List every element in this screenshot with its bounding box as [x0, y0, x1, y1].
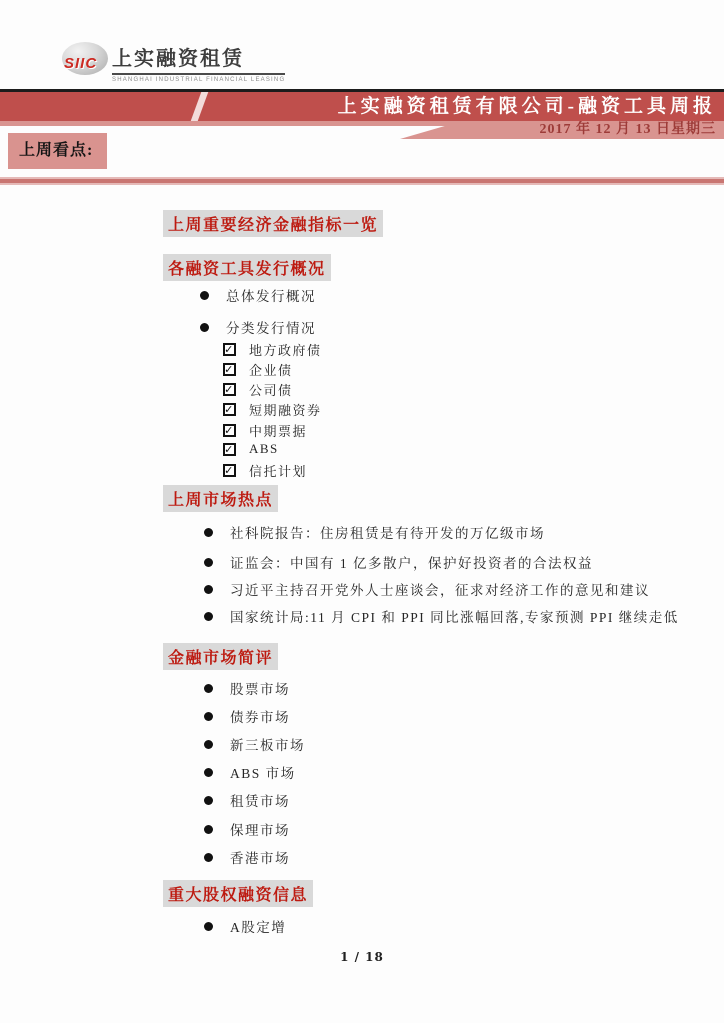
list-item: A股定增 [204, 916, 286, 936]
section-title-issuance: 各融资工具发行概况 [163, 254, 331, 281]
checklist-item: ✓ 中期票据 [223, 421, 307, 440]
list-item: 香港市场 [204, 847, 290, 867]
company-name-english: SHANGHAI INDUSTRIAL FINANCIAL LEASING [112, 77, 285, 83]
list-item: 国家统计局:11 月 CPI 和 PPI 同比涨幅回落,专家预测 PPI 继续走… [204, 606, 679, 626]
section-title-market-review: 金融市场简评 [163, 643, 278, 670]
list-item-label: 分类发行情况 [226, 317, 316, 337]
list-item: 股票市场 [204, 678, 290, 698]
checklist-item-label: 地方政府债 [249, 340, 322, 359]
list-item: 租赁市场 [204, 790, 290, 810]
list-item-label: 债券市场 [230, 706, 290, 726]
checklist-item: ✓ 企业债 [223, 360, 293, 379]
bullet-icon [204, 922, 213, 931]
list-item-label: 总体发行概况 [226, 285, 316, 305]
list-item: 证监会：中国有 1 亿多散户，保护好投资者的合法权益 [204, 552, 593, 572]
bullet-icon [204, 558, 213, 567]
page-number: 1 / 18 [0, 950, 724, 964]
siic-wordmark: SIIC [64, 55, 97, 72]
list-item-label: 香港市场 [230, 847, 290, 867]
list-item: 习近平主持召开党外人士座谈会，征求对经济工作的意见和建议 [204, 579, 650, 599]
company-logo: SIIC 上实融资租赁 SHANGHAI INDUSTRIAL FINANCIA… [62, 42, 285, 83]
list-item-label: 租赁市场 [230, 790, 290, 810]
logo-text: 上实融资租赁 SHANGHAI INDUSTRIAL FINANCIAL LEA… [112, 42, 285, 83]
checklist-item: ✓ ABS [223, 441, 279, 457]
checklist-item: ✓ 短期融资券 [223, 400, 322, 419]
bullet-icon [204, 825, 213, 834]
list-item: 债券市场 [204, 706, 290, 726]
bullet-icon [204, 528, 213, 537]
checklist-item: ✓ 地方政府债 [223, 340, 322, 359]
bullet-icon [200, 323, 209, 332]
list-item-label: 新三板市场 [230, 734, 305, 754]
list-item-label: ABS 市场 [230, 762, 296, 782]
bullet-icon [200, 291, 209, 300]
report-date: 2017 年 12 月 13 日星期三 [540, 121, 717, 139]
checklist-item: ✓ 信托计划 [223, 461, 307, 480]
list-item-label: 证监会：中国有 1 亿多散户，保护好投资者的合法权益 [230, 552, 593, 572]
checked-checkbox-icon: ✓ [223, 383, 236, 396]
checked-checkbox-icon: ✓ [223, 424, 236, 437]
list-item: ABS 市场 [204, 762, 296, 782]
bullet-icon [204, 768, 213, 777]
checklist-item-label: ABS [249, 441, 279, 457]
checklist-item-label: 中期票据 [249, 421, 307, 440]
company-name: 上实融资租赁 [112, 42, 285, 75]
section-title-market-hotspots: 上周市场热点 [163, 485, 278, 512]
report-title: 上实融资租赁有限公司-融资工具周报 [338, 92, 716, 121]
list-item-label: 股票市场 [230, 678, 290, 698]
list-item: 分类发行情况 [200, 317, 316, 337]
header-banner: 上实融资租赁有限公司-融资工具周报 [0, 92, 724, 121]
highlights-label: 上周看点: [8, 133, 107, 169]
checklist-item: ✓ 公司债 [223, 380, 293, 399]
bullet-icon [204, 684, 213, 693]
bullet-icon [204, 612, 213, 621]
list-item-label: 习近平主持召开党外人士座谈会，征求对经济工作的意见和建议 [230, 579, 650, 599]
checklist-item-label: 公司债 [249, 380, 293, 399]
checklist-item-label: 短期融资券 [249, 400, 322, 419]
section-title-indicators: 上周重要经济金融指标一览 [163, 210, 383, 237]
checked-checkbox-icon: ✓ [223, 443, 236, 456]
checked-checkbox-icon: ✓ [223, 464, 236, 477]
list-item-label: 国家统计局:11 月 CPI 和 PPI 同比涨幅回落,专家预测 PPI 继续走… [230, 606, 679, 626]
checklist-item-label: 企业债 [249, 360, 293, 379]
list-item: 保理市场 [204, 819, 290, 839]
bullet-icon [204, 796, 213, 805]
report-page: SIIC 上实融资租赁 SHANGHAI INDUSTRIAL FINANCIA… [0, 0, 724, 1023]
divider-line [0, 177, 724, 185]
checked-checkbox-icon: ✓ [223, 363, 236, 376]
list-item-label: A股定增 [230, 916, 286, 936]
list-item: 社科院报告：住房租赁是有待开发的万亿级市场 [204, 522, 545, 542]
siic-globe-icon: SIIC [62, 42, 108, 75]
bullet-icon [204, 740, 213, 749]
list-item-label: 社科院报告：住房租赁是有待开发的万亿级市场 [230, 522, 545, 542]
list-item: 总体发行概况 [200, 285, 316, 305]
checked-checkbox-icon: ✓ [223, 343, 236, 356]
list-item-label: 保理市场 [230, 819, 290, 839]
banner-underline-strip [0, 121, 462, 126]
checked-checkbox-icon: ✓ [223, 403, 236, 416]
bullet-icon [204, 853, 213, 862]
list-item: 新三板市场 [204, 734, 305, 754]
banner-slash-decoration [191, 92, 209, 121]
bullet-icon [204, 585, 213, 594]
section-title-equity-financing: 重大股权融资信息 [163, 880, 313, 907]
bullet-icon [204, 712, 213, 721]
checklist-item-label: 信托计划 [249, 461, 307, 480]
